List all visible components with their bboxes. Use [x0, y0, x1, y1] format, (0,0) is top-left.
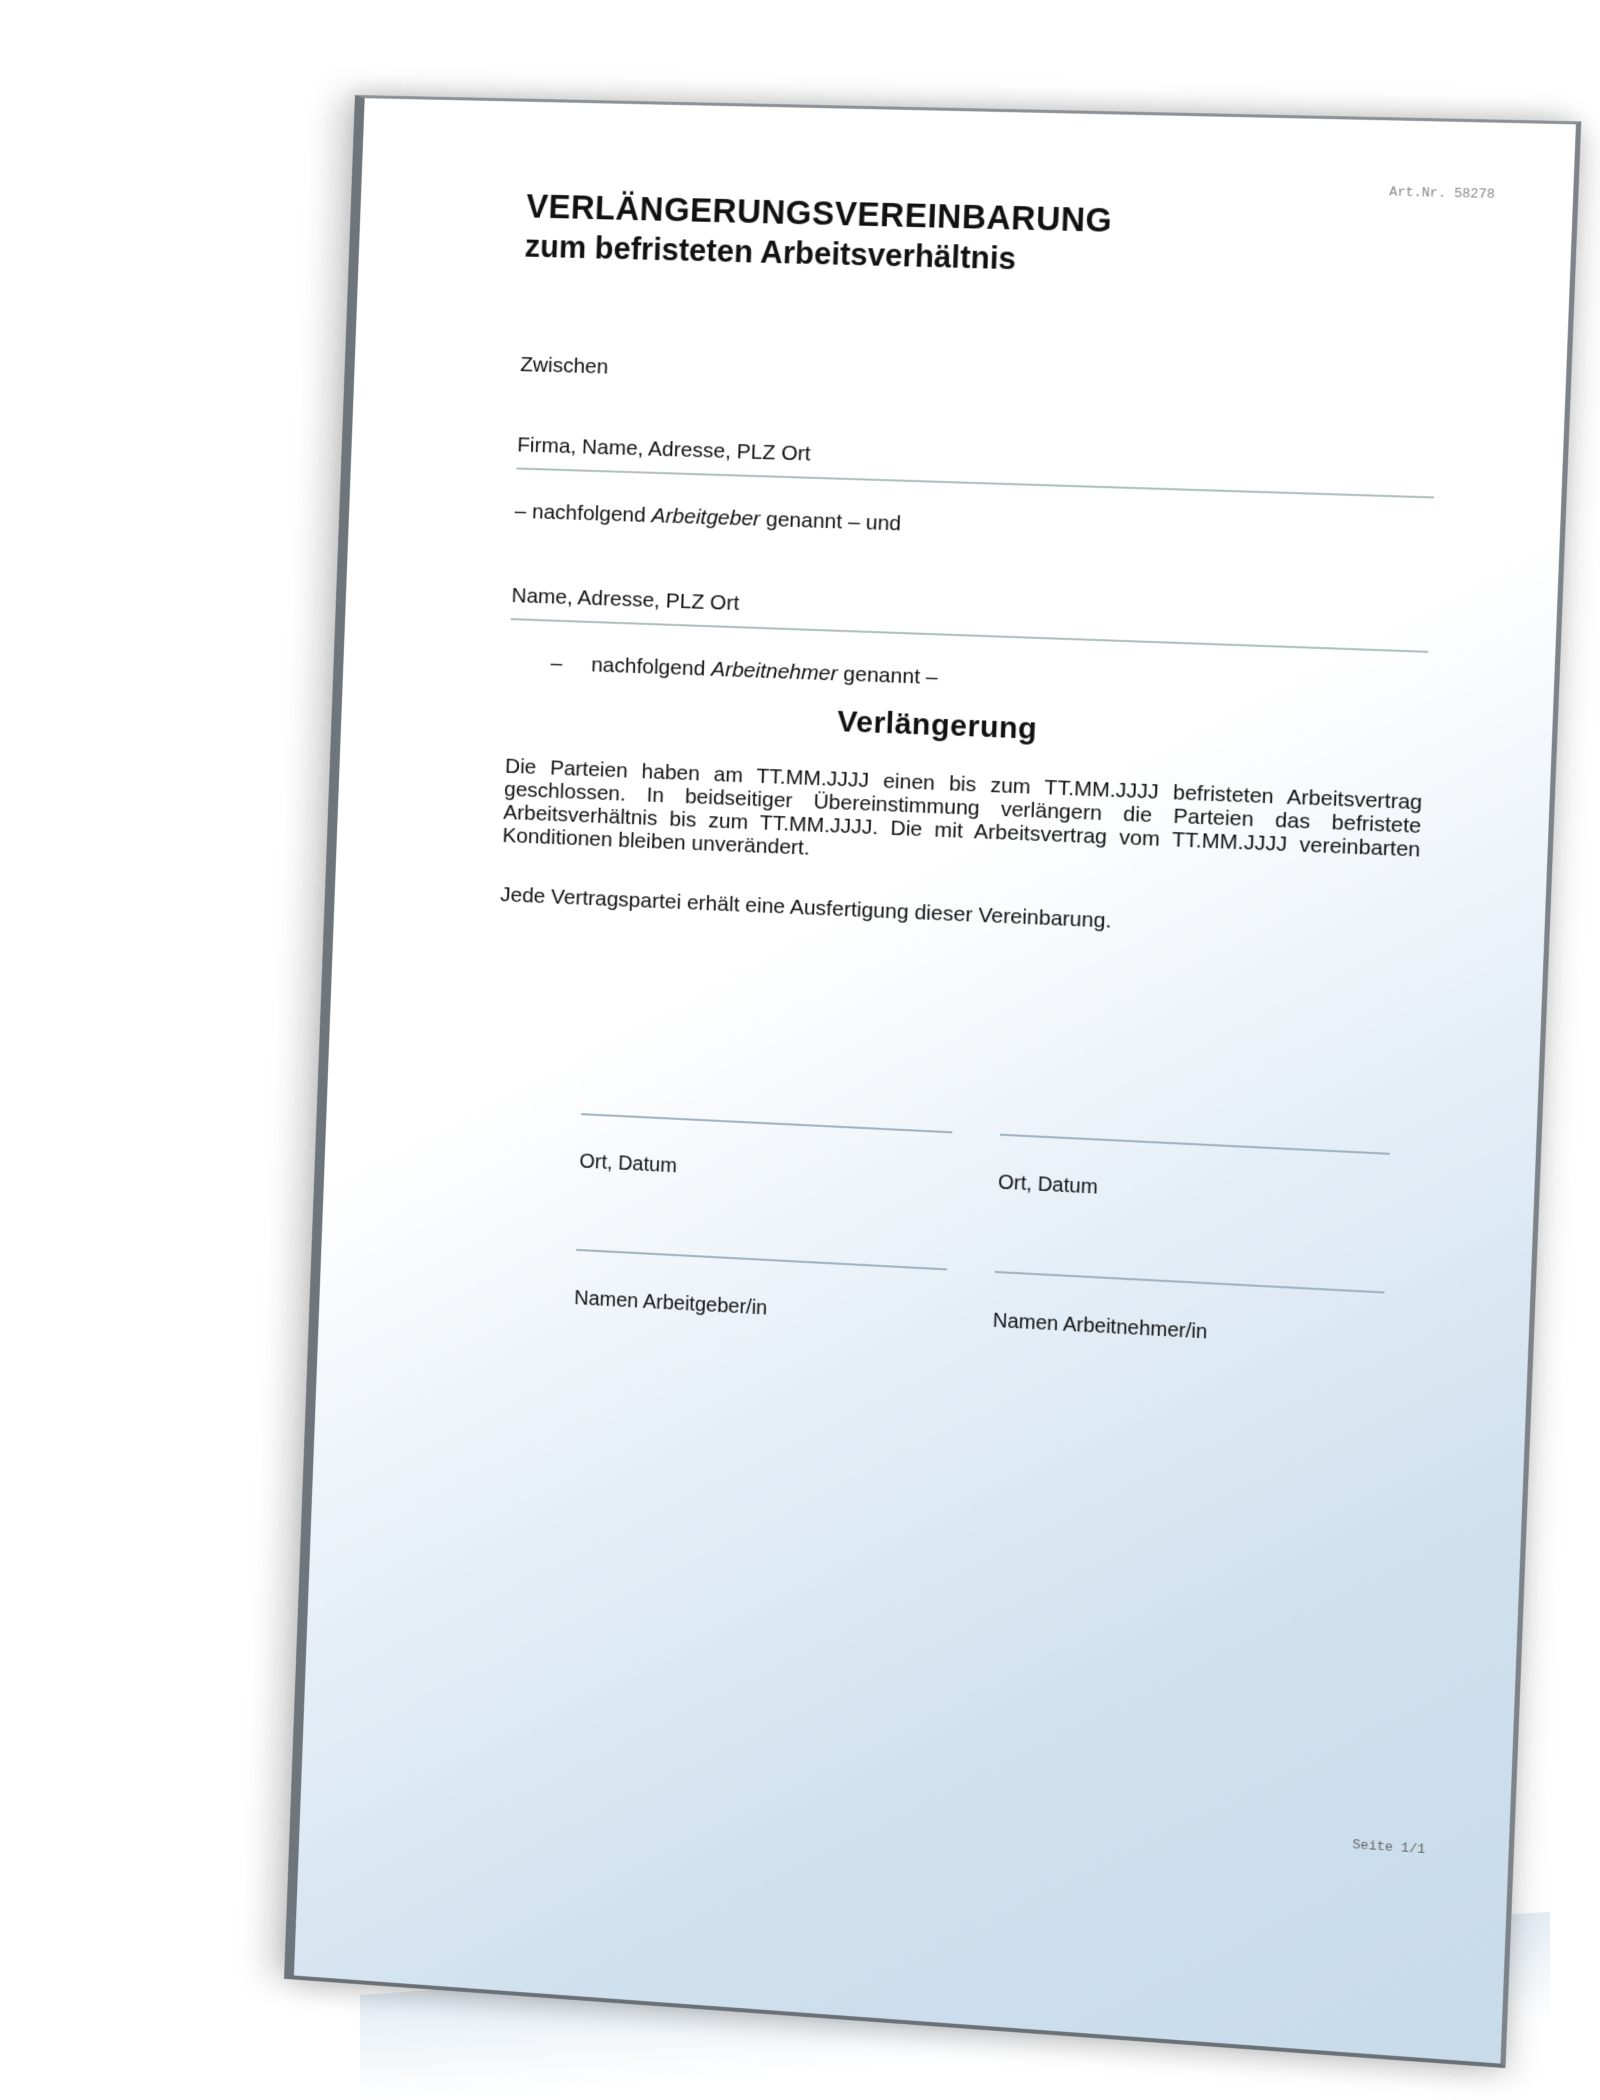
employer-note: – nachfolgend Arbeitgeber genannt – und — [514, 500, 901, 537]
signature-line-right-place-date — [1000, 1134, 1390, 1155]
employer-note-prefix: – nachfolgend — [514, 500, 652, 528]
employer-note-suffix: genannt – und — [760, 508, 902, 536]
employee-note-prefix: nachfolgend — [591, 653, 712, 681]
right-place-date-label: Ort, Datum — [998, 1171, 1098, 1199]
page-number: Seite 1/1 — [1352, 1837, 1425, 1857]
signature-line-left-name — [576, 1249, 947, 1271]
left-place-date-label: Ort, Datum — [579, 1150, 677, 1178]
employee-note: – nachfolgend Arbeitnehmer genannt – — [550, 652, 938, 691]
between-label: Zwischen — [520, 353, 609, 380]
employee-field-label: Name, Adresse, PLZ Ort — [511, 584, 740, 616]
signature-line-right-name — [995, 1271, 1385, 1294]
paragraph-copies: Jede Vertragspartei erhält eine Ausferti… — [500, 883, 1112, 934]
employee-note-dash: – — [550, 652, 562, 676]
employer-field-line — [516, 467, 1434, 498]
employer-name-label: Namen Arbeitgeber/in — [574, 1287, 768, 1321]
article-number: Art.Nr. 58278 — [1389, 184, 1495, 202]
employee-name-label: Namen Arbeitnehmer/in — [992, 1310, 1207, 1345]
employer-field-label: Firma, Name, Adresse, PLZ Ort — [517, 433, 811, 466]
signature-line-left-place-date — [581, 1113, 952, 1133]
paragraph-extension: Die Parteien haben am TT.MM.JJJJ einen b… — [502, 755, 1423, 886]
employee-note-term: Arbeitnehmer — [711, 658, 838, 686]
employee-note-suffix: genannt – — [837, 662, 938, 689]
employer-note-term: Arbeitgeber — [651, 504, 760, 531]
document-page: Art.Nr. 58278 VERLÄNGERUNGSVEREINBARUNG … — [284, 95, 1581, 2068]
document-stage: Art.Nr. 58278 VERLÄNGERUNGSVEREINBARUNG … — [0, 0, 1600, 2100]
employee-field-line — [511, 618, 1428, 653]
